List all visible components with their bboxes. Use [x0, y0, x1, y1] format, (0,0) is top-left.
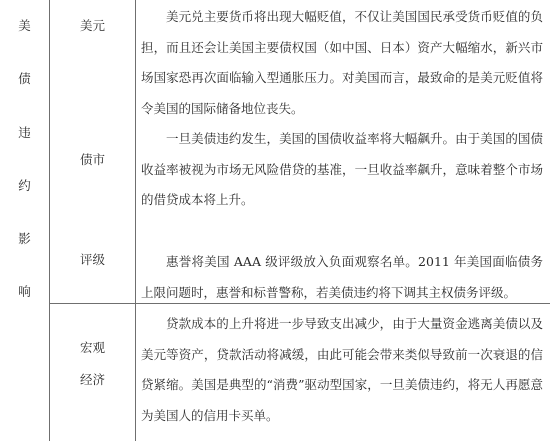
aspect-bond-market: 债市: [50, 150, 135, 168]
column-divider-2: [135, 0, 136, 441]
description-text: 贷款成本的上升将进一步导致支出减少，由于大量资金逃离美债以及美元等资产，贷款活动…: [141, 309, 543, 431]
description-dollar: 美元兑主要货币将出现大幅贬值，不仅让美国国民承受货币贬值的负担，而且还会让美国主…: [141, 2, 543, 124]
category-char: 美: [0, 16, 49, 34]
description-macro: 贷款成本的上升将进一步导致支出减少，由于大量资金逃离美债以及美元等资产，贷款活动…: [141, 309, 543, 431]
aspect-macro-line2: 经济: [50, 370, 135, 388]
aspect-dollar: 美元: [50, 16, 135, 34]
description-rating: 惠誉将美国 AAA 级评级放入负面观察名单。2011 年美国面临债务上限问题时，…: [141, 247, 543, 308]
category-char: 响: [0, 282, 49, 300]
description-bond-market: 一旦美债违约发生，美国的国债收益率将大幅飙升。由于美国的国债收益率被视为市场无风…: [141, 124, 543, 216]
category-char: 违: [0, 123, 49, 141]
category-char: 约: [0, 176, 49, 194]
aspect-macro-line1: 宏观: [50, 338, 135, 356]
description-text: 一旦美债违约发生，美国的国债收益率将大幅飙升。由于美国的国债收益率被视为市场无风…: [141, 124, 543, 216]
description-text: 美元兑主要货币将出现大幅贬值，不仅让美国国民承受货币贬值的负担，而且还会让美国主…: [141, 2, 543, 124]
category-char: 债: [0, 69, 49, 87]
description-text: 惠誉将美国 AAA 级评级放入负面观察名单。2011 年美国面临债务上限问题时，…: [141, 247, 543, 308]
aspect-rating: 评级: [50, 250, 135, 268]
category-char: 影: [0, 229, 49, 247]
